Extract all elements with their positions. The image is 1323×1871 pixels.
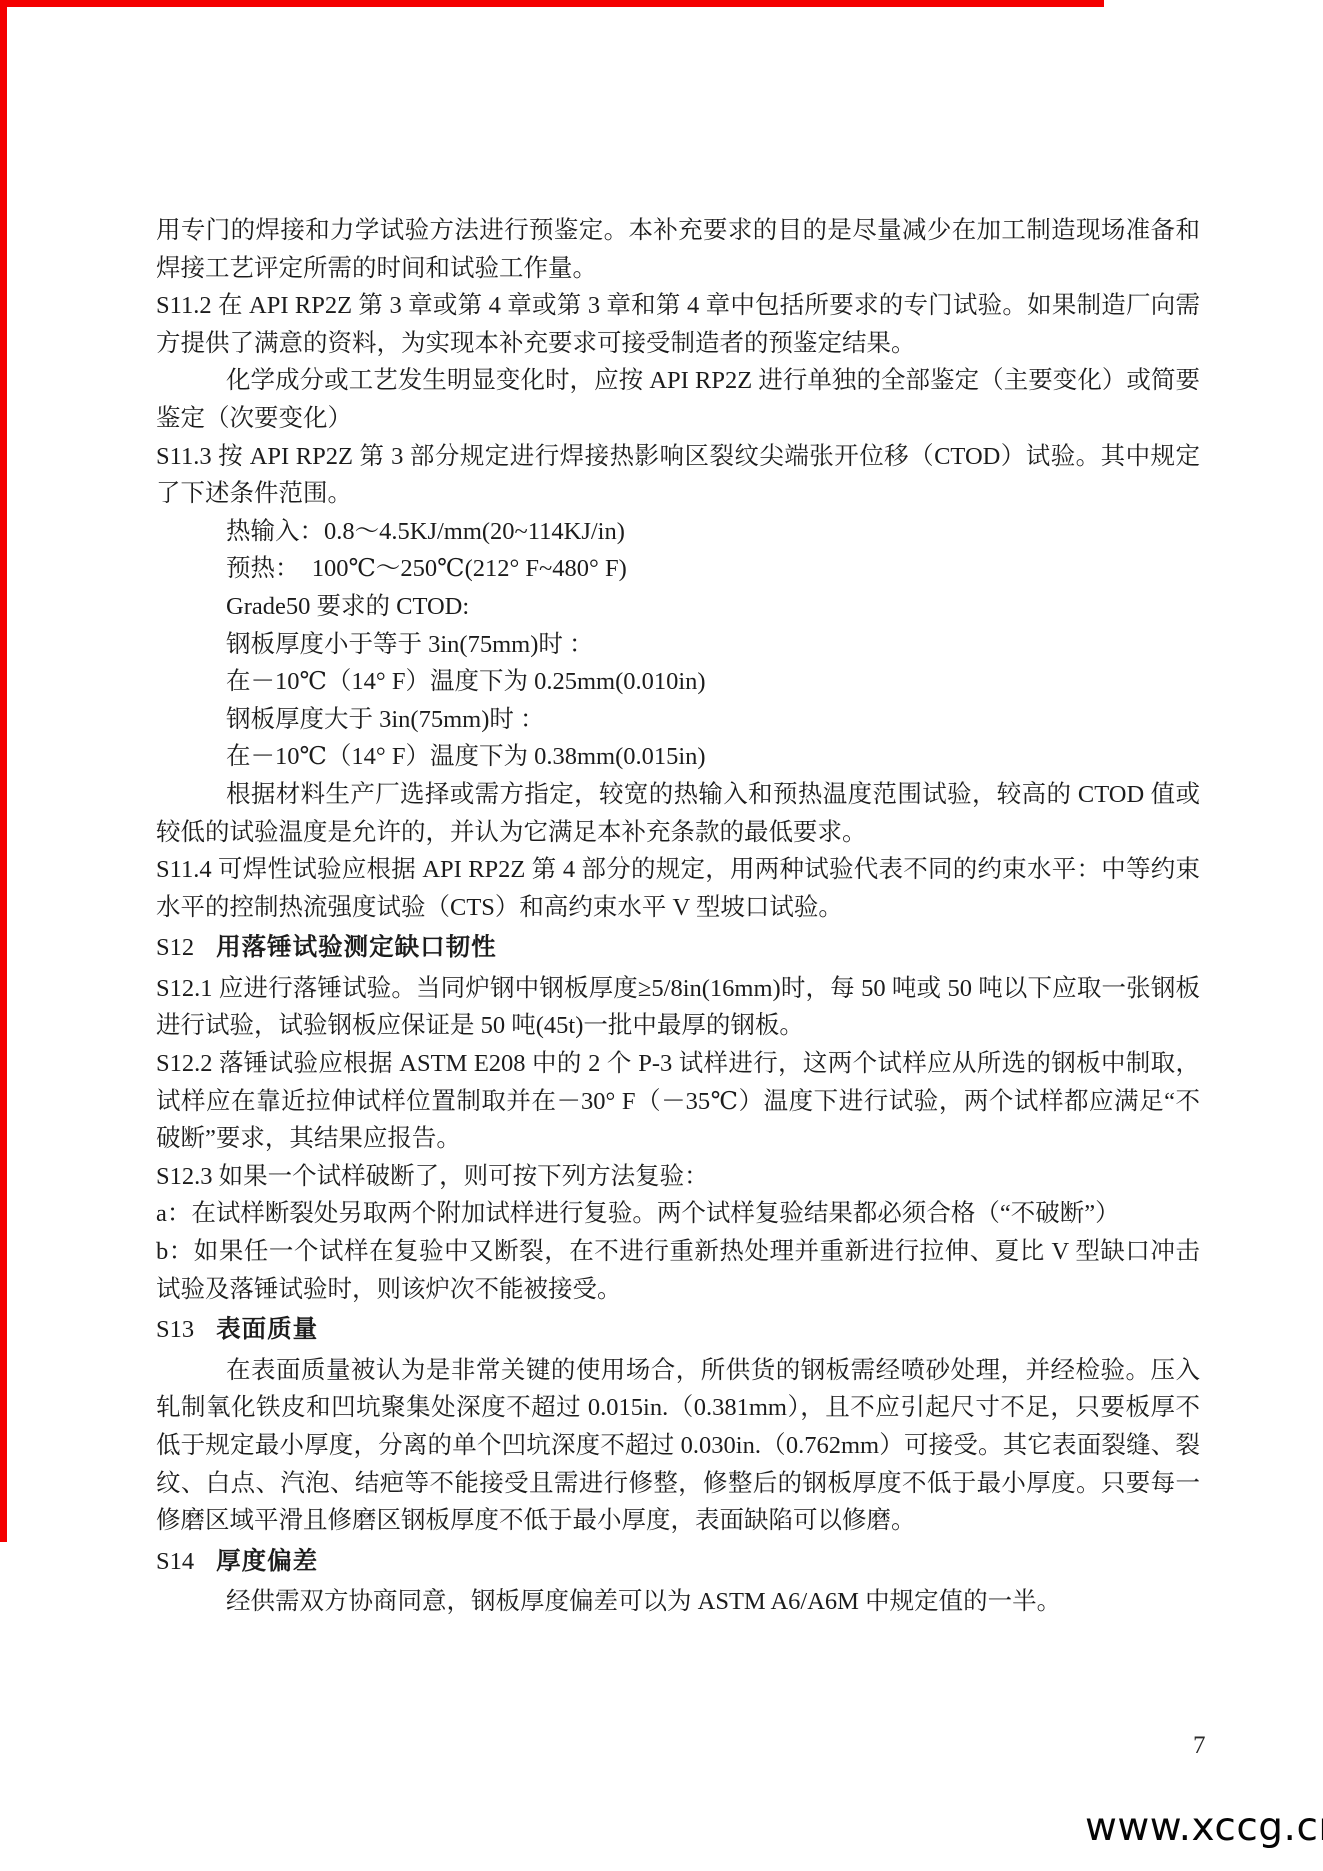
paragraph: S11.3 按 API RP2Z 第 3 部分规定进行焊接热影响区裂纹尖端张开位… [156, 438, 1200, 513]
spec-line: Grade50 要求的 CTOD: [156, 588, 1200, 626]
paragraph: 经供需双方协商同意，钢板厚度偏差可以为 ASTM A6/A6M 中规定值的一半。 [156, 1583, 1200, 1621]
document-page: 用专门的焊接和力学试验方法进行预鉴定。本补充要求的目的是尽量减少在加工制造现场准… [0, 0, 1323, 1871]
watermark-url: www.xccg.cn [1085, 1804, 1323, 1852]
paragraph: S12.3 如果一个试样破断了，则可按下列方法复验： [156, 1158, 1200, 1196]
section-title: 厚度偏差 [216, 1548, 318, 1575]
red-border-top [0, 0, 1104, 7]
paragraph: 化学成分或工艺发生明显变化时，应按 API RP2Z 进行单独的全部鉴定（主要变… [156, 362, 1200, 437]
paragraph: 在表面质量被认为是非常关键的使用场合，所供货的钢板需经喷砂处理，并经检验。压入轧… [156, 1352, 1200, 1540]
section-title: 用落锤试验测定缺口韧性 [216, 934, 497, 961]
paragraph: S11.4 可焊性试验应根据 API RP2Z 第 4 部分的规定，用两种试验代… [156, 851, 1200, 926]
paragraph: S11.2 在 API RP2Z 第 3 章或第 4 章或第 3 章和第 4 章… [156, 287, 1200, 362]
paragraph: S12.2 落锤试验应根据 ASTM E208 中的 2 个 P-3 试样进行，… [156, 1045, 1200, 1158]
section-heading: S13表面质量 [156, 1311, 1200, 1349]
spec-line: 在－10℃（14° F）温度下为 0.25mm(0.010in) [156, 663, 1200, 701]
page-number: 7 [1193, 1731, 1206, 1761]
paragraph: 用专门的焊接和力学试验方法进行预鉴定。本补充要求的目的是尽量减少在加工制造现场准… [156, 212, 1200, 287]
section-title: 表面质量 [216, 1316, 318, 1343]
section-number: S14 [156, 1548, 194, 1575]
paragraph: S12.1 应进行落锤试验。当同炉钢中钢板厚度≥5/8in(16mm)时，每 5… [156, 970, 1200, 1045]
paragraph: a：在试样断裂处另取两个附加试样进行复验。两个试样复验结果都必须合格（“不破断”… [156, 1195, 1200, 1233]
paragraph: 根据材料生产厂选择或需方指定，较宽的热输入和预热温度范围试验，较高的 CTOD … [156, 776, 1200, 851]
spec-line: 热输入：0.8～4.5KJ/mm(20~114KJ/in) [156, 513, 1200, 551]
section-heading: S12用落锤试验测定缺口韧性 [156, 929, 1200, 967]
spec-line: 钢板厚度大于 3in(75mm)时 ： [156, 701, 1200, 739]
red-border-left [0, 0, 7, 1542]
section-number: S13 [156, 1316, 194, 1343]
document-body: 用专门的焊接和力学试验方法进行预鉴定。本补充要求的目的是尽量减少在加工制造现场准… [156, 212, 1200, 1621]
spec-line: 钢板厚度小于等于 3in(75mm)时 ： [156, 626, 1200, 664]
paragraph: b：如果任一个试样在复验中又断裂，在不进行重新热处理并重新进行拉伸、夏比 V 型… [156, 1233, 1200, 1308]
spec-line: 预热： 100℃～250℃(212° F~480° F) [156, 550, 1200, 588]
section-heading: S14厚度偏差 [156, 1543, 1200, 1581]
spec-line: 在－10℃（14° F）温度下为 0.38mm(0.015in) [156, 738, 1200, 776]
section-number: S12 [156, 934, 194, 961]
